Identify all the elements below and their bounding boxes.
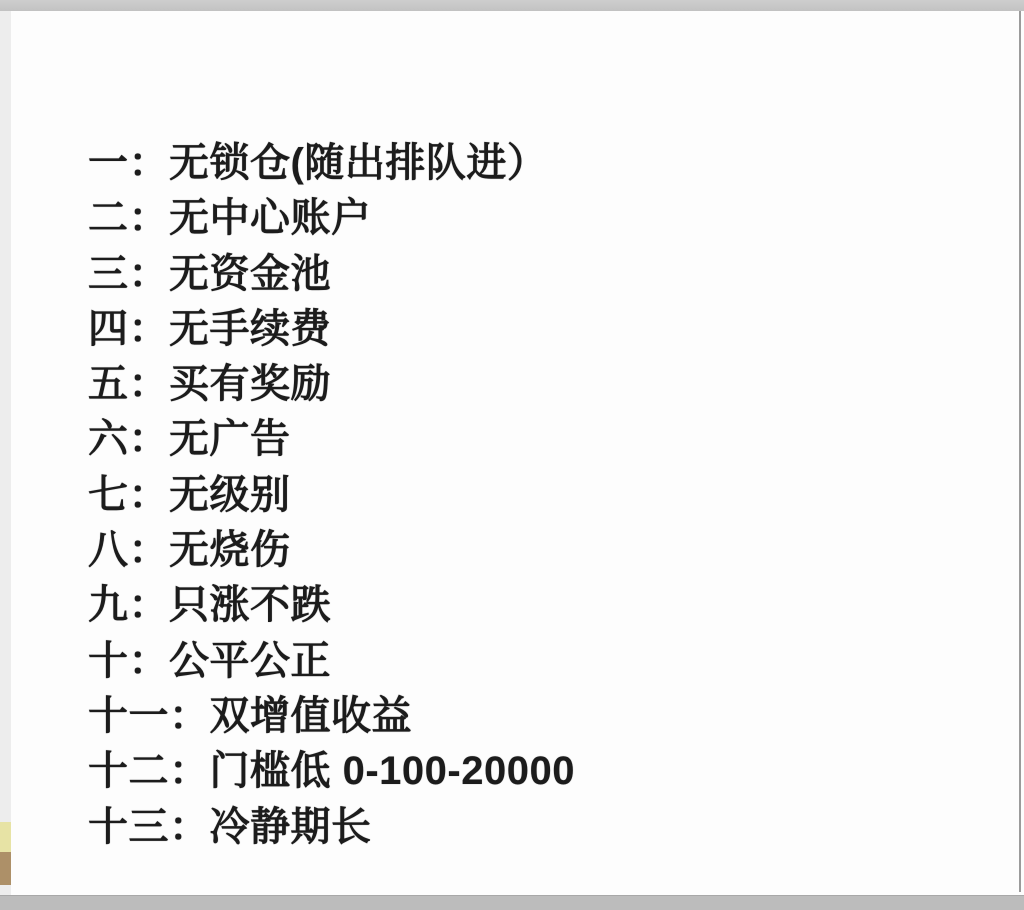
list-item-11: 十一：双增值收益 bbox=[88, 689, 988, 744]
bottom-edge-bar bbox=[0, 895, 1024, 910]
left-edge-strip bbox=[0, 11, 11, 895]
list-item-9: 九：只涨不跌 bbox=[88, 578, 988, 633]
list-item-3: 三：无资金池 bbox=[88, 247, 988, 302]
right-edge-line bbox=[1019, 11, 1021, 892]
list-item-12: 十二：门槛低 0-100-20000 bbox=[88, 744, 988, 799]
top-edge-bar bbox=[0, 0, 1024, 11]
list-item-1: 一：无锁仓(随出排队进） bbox=[88, 136, 988, 191]
list-item-4: 四：无手续费 bbox=[88, 302, 988, 357]
document-page: 一：无锁仓(随出排队进） 二：无中心账户 三：无资金池 四：无手续费 五：买有奖… bbox=[0, 0, 1024, 910]
list-item-5: 五：买有奖励 bbox=[88, 357, 988, 412]
list-item-6: 六：无广告 bbox=[88, 412, 988, 467]
list-item-7: 七：无级别 bbox=[88, 468, 988, 523]
photo-fragment-yellow bbox=[0, 822, 11, 852]
list-item-10: 十：公平公正 bbox=[88, 634, 988, 689]
list-item-13: 十三：冷静期长 bbox=[88, 800, 988, 855]
feature-list: 一：无锁仓(随出排队进） 二：无中心账户 三：无资金池 四：无手续费 五：买有奖… bbox=[88, 136, 988, 855]
photo-fragment-tan bbox=[0, 852, 11, 885]
list-item-8: 八：无烧伤 bbox=[88, 523, 988, 578]
list-item-2: 二：无中心账户 bbox=[88, 191, 988, 246]
